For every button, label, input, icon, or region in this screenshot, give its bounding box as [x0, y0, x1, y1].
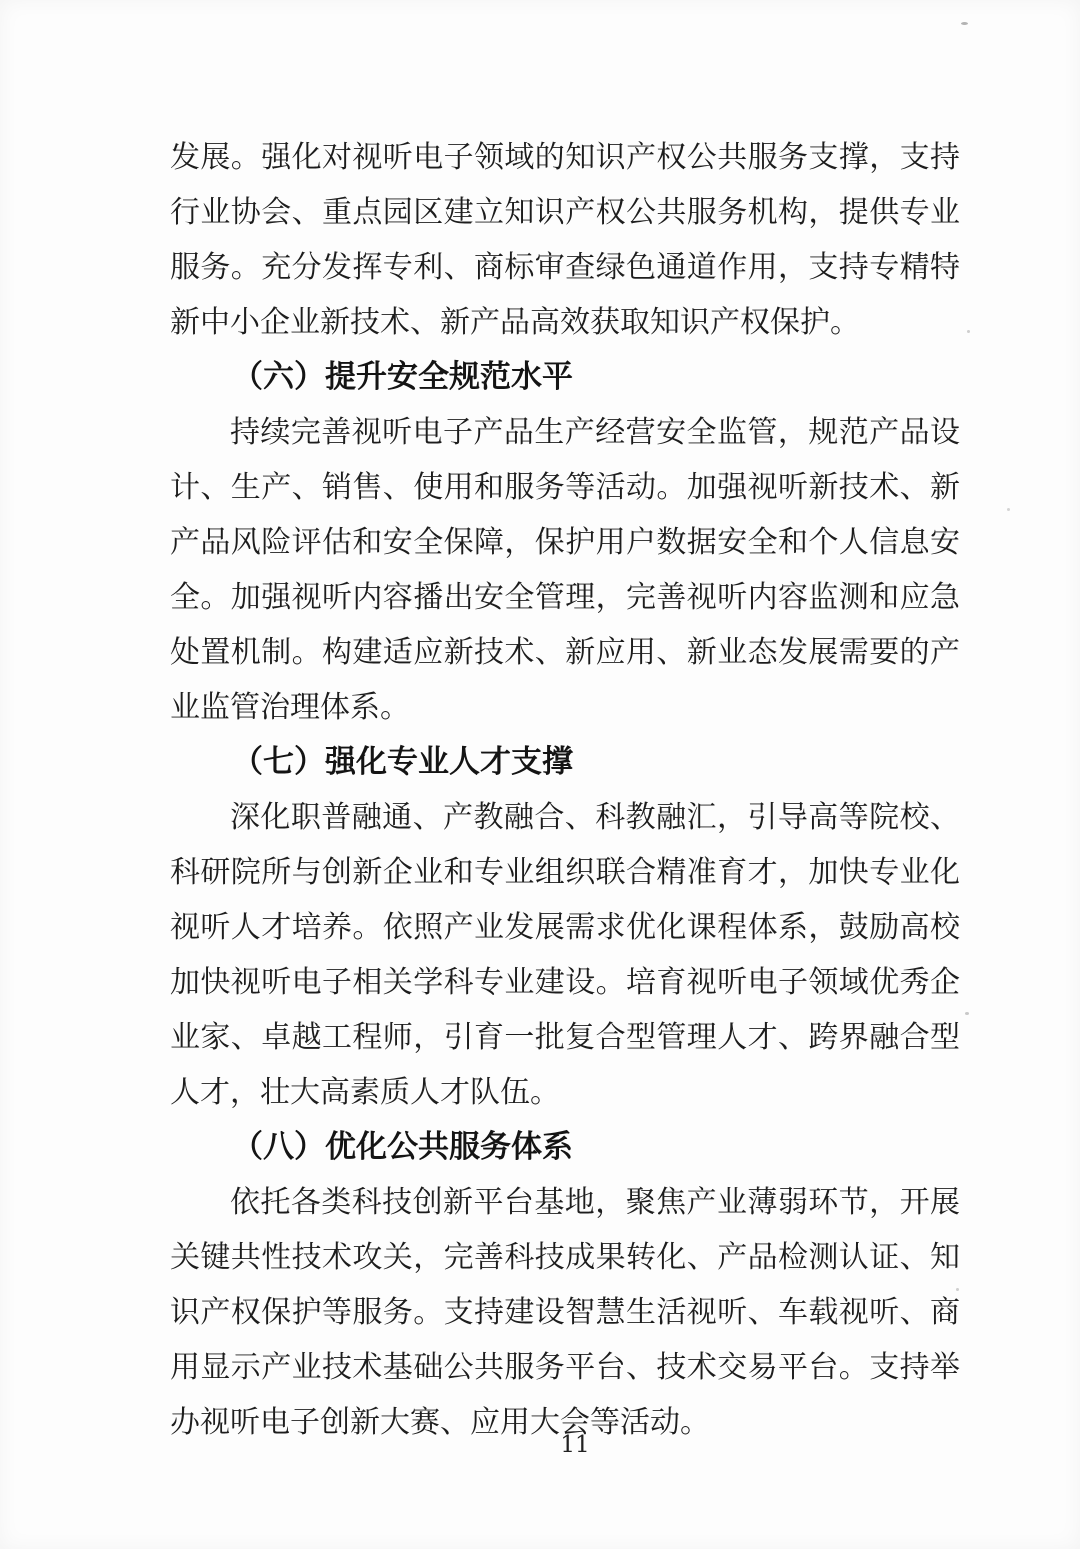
scan-speckle	[965, 1012, 969, 1015]
scan-speckle	[967, 330, 970, 333]
paragraph-section-six: 持续完善视听电子产品生产经营安全监管，规范产品设计、生产、销售、使用和服务等活动…	[170, 405, 960, 735]
paragraph-section-eight: 依托各类科技创新平台基地，聚焦产业薄弱环节，开展关键共性技术攻关，完善科技成果转…	[170, 1175, 960, 1450]
page-number: 11	[560, 1430, 589, 1460]
document-page: 发展。强化对视听电子领域的知识产权公共服务支撑，支持行业协会、重点园区建立知识产…	[0, 0, 1080, 1549]
paragraph-continuation: 发展。强化对视听电子领域的知识产权公共服务支撑，支持行业协会、重点园区建立知识产…	[170, 130, 960, 350]
page-content: 发展。强化对视听电子领域的知识产权公共服务支撑，支持行业协会、重点园区建立知识产…	[170, 130, 960, 1450]
section-heading-seven: （七）强化专业人才支撑	[170, 735, 960, 790]
paragraph-section-seven: 深化职普融通、产教融合、科教融汇，引导高等院校、科研院所与创新企业和专业组织联合…	[170, 790, 960, 1120]
scan-speckle	[1007, 508, 1010, 511]
section-heading-six: （六）提升安全规范水平	[170, 350, 960, 405]
scan-speckle	[961, 22, 968, 25]
section-heading-eight: （八）优化公共服务体系	[170, 1120, 960, 1175]
scan-speckle	[956, 1288, 959, 1291]
